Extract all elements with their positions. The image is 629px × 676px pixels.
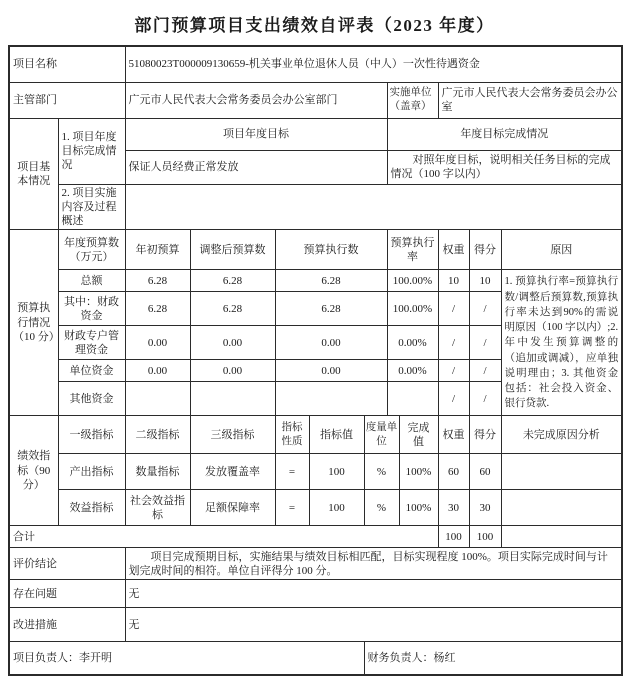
- signature-row: 项目负责人：李开明 财务负责人：杨红: [9, 642, 622, 675]
- budget-section-label: 预算执行情况（10 分）: [9, 230, 58, 416]
- budget-row-label: 财政专户管理资金: [58, 326, 125, 360]
- budget-header-executed: 预算执行数: [275, 230, 387, 270]
- perf-header-target: 指标值: [309, 416, 364, 454]
- perf-target: 100: [309, 490, 364, 526]
- budget-score: 10: [469, 270, 501, 292]
- perf-header-l2: 二级指标: [125, 416, 190, 454]
- perf-header-weight: 权重: [438, 416, 469, 454]
- performance-row-output: 产出指标 数量指标 发放覆盖率 = 100 % 100% 60 60: [9, 454, 622, 490]
- perf-actual: 100%: [399, 454, 438, 490]
- budget-header-initial: 年初预算: [125, 230, 190, 270]
- perf-nature: =: [275, 490, 309, 526]
- budget-header-rate: 预算执行率: [387, 230, 438, 270]
- self-evaluation-table: 项目名称 51080023T000009130659-机关事业单位退休人员（中人…: [8, 45, 623, 676]
- performance-header-row: 绩效指标（90 分） 一级指标 二级指标 三级指标 指标性质 指标值 度量单位 …: [9, 416, 622, 454]
- budget-row-label: 总额: [58, 270, 125, 292]
- budget-header-reason: 原因: [501, 230, 622, 270]
- conclusion-label: 评价结论: [9, 548, 125, 580]
- budget-header-row-label: 年度预算数（万元）: [58, 230, 125, 270]
- total-row: 合计 100 100: [9, 526, 622, 548]
- perf-l3: 足额保障率: [190, 490, 275, 526]
- perf-target: 100: [309, 454, 364, 490]
- budget-row-total: 总额 6.28 6.28 6.28 100.00% 10 10 1. 预算执行率…: [9, 270, 622, 292]
- perf-weight: 60: [438, 454, 469, 490]
- measures-row: 改进措施 无: [9, 608, 622, 642]
- budget-executed: 6.28: [275, 270, 387, 292]
- total-analysis: [501, 526, 622, 548]
- budget-rate: 0.00%: [387, 360, 438, 382]
- basic-impl-row: 2. 项目实施内容及过程概述: [9, 184, 622, 230]
- basic-section-label: 项目基本情况: [9, 118, 58, 230]
- completion-header: 年度目标完成情况: [387, 118, 622, 150]
- project-name-label: 项目名称: [9, 46, 125, 82]
- impl-unit-value: 广元市人民代表大会常务委员会办公室: [438, 82, 622, 118]
- project-name-row: 项目名称 51080023T000009130659-机关事业单位退休人员（中人…: [9, 46, 622, 82]
- budget-header-row: 预算执行情况（10 分） 年度预算数（万元） 年初预算 调整后预算数 预算执行数…: [9, 230, 622, 270]
- project-manager: 项目负责人：李开明: [9, 642, 364, 675]
- perf-score: 30: [469, 490, 501, 526]
- performance-row-benefit: 效益指标 社会效益指标 足额保障率 = 100 % 100% 30 30: [9, 490, 622, 526]
- budget-header-adjusted: 调整后预算数: [190, 230, 275, 270]
- perf-weight: 30: [438, 490, 469, 526]
- budget-adjusted: 6.28: [190, 292, 275, 326]
- budget-weight: /: [438, 360, 469, 382]
- budget-weight: /: [438, 292, 469, 326]
- finance-manager: 财务负责人：杨红: [364, 642, 622, 675]
- basic-impl-row-label: 2. 项目实施内容及过程概述: [58, 184, 125, 230]
- perf-header-l1: 一级指标: [58, 416, 125, 454]
- budget-score: /: [469, 292, 501, 326]
- conclusion-value: 项目完成预期目标，实施结果与绩效目标相匹配，目标实现程度 100%。项目实际完成…: [125, 548, 622, 580]
- budget-weight: /: [438, 326, 469, 360]
- budget-header-score: 得分: [469, 230, 501, 270]
- dept-row: 主管部门 广元市人民代表大会常务委员会办公室部门 实施单位（盖章） 广元市人民代…: [9, 82, 622, 118]
- perf-score: 60: [469, 454, 501, 490]
- basic-goal-row-label: 1. 项目年度目标完成情况: [58, 118, 125, 184]
- perf-header-unit: 度量单位: [364, 416, 399, 454]
- budget-header-weight: 权重: [438, 230, 469, 270]
- budget-rate: 0.00%: [387, 326, 438, 360]
- perf-nature: =: [275, 454, 309, 490]
- budget-executed: 6.28: [275, 292, 387, 326]
- budget-rate: 100.00%: [387, 270, 438, 292]
- measures-label: 改进措施: [9, 608, 125, 642]
- perf-header-score: 得分: [469, 416, 501, 454]
- budget-weight: 10: [438, 270, 469, 292]
- project-name-value: 51080023T000009130659-机关事业单位退休人员（中人）一次性待…: [125, 46, 622, 82]
- budget-rate: [387, 382, 438, 416]
- budget-rate: 100.00%: [387, 292, 438, 326]
- budget-row-label: 单位资金: [58, 360, 125, 382]
- budget-score: /: [469, 382, 501, 416]
- perf-header-nature: 指标性质: [275, 416, 309, 454]
- perf-header-l3: 三级指标: [190, 416, 275, 454]
- perf-unit: %: [364, 454, 399, 490]
- budget-executed: [275, 382, 387, 416]
- budget-row-label: 其他资金: [58, 382, 125, 416]
- basic-goal-header-row: 项目基本情况 1. 项目年度目标完成情况 项目年度目标 年度目标完成情况: [9, 118, 622, 150]
- budget-initial: 6.28: [125, 292, 190, 326]
- budget-executed: 0.00: [275, 326, 387, 360]
- perf-actual: 100%: [399, 490, 438, 526]
- measures-value: 无: [125, 608, 622, 642]
- total-label: 合计: [9, 526, 438, 548]
- performance-section-label: 绩效指标（90 分）: [9, 416, 58, 526]
- annual-goal-value: 保证人员经费正常发放: [125, 150, 387, 184]
- budget-initial: 6.28: [125, 270, 190, 292]
- budget-reason-text: 1. 预算执行率=预算执行数/调整后预算数,预算执行率未达到90%的需说明原因（…: [501, 270, 622, 416]
- perf-l1: 效益指标: [58, 490, 125, 526]
- page-title: 部门预算项目支出绩效自评表（2023 年度）: [0, 0, 629, 45]
- perf-header-actual: 完成值: [399, 416, 438, 454]
- total-weight: 100: [438, 526, 469, 548]
- budget-executed: 0.00: [275, 360, 387, 382]
- annual-goal-header: 项目年度目标: [125, 118, 387, 150]
- perf-unit: %: [364, 490, 399, 526]
- perf-analysis: [501, 454, 622, 490]
- budget-adjusted: 0.00: [190, 360, 275, 382]
- problems-row: 存在问题 无: [9, 580, 622, 608]
- budget-score: /: [469, 360, 501, 382]
- budget-initial: 0.00: [125, 326, 190, 360]
- conclusion-row: 评价结论 项目完成预期目标，实施结果与绩效目标相匹配，目标实现程度 100%。项…: [9, 548, 622, 580]
- perf-l2: 数量指标: [125, 454, 190, 490]
- budget-initial: 0.00: [125, 360, 190, 382]
- perf-analysis: [501, 490, 622, 526]
- perf-l1: 产出指标: [58, 454, 125, 490]
- completion-value: 对照年度目标，说明相关任务目标的完成情况（100 字以内）: [387, 150, 622, 184]
- budget-score: /: [469, 326, 501, 360]
- perf-l2: 社会效益指标: [125, 490, 190, 526]
- perf-l3: 发放覆盖率: [190, 454, 275, 490]
- problems-value: 无: [125, 580, 622, 608]
- budget-adjusted: 0.00: [190, 326, 275, 360]
- dept-value: 广元市人民代表大会常务委员会办公室部门: [125, 82, 387, 118]
- budget-adjusted: 6.28: [190, 270, 275, 292]
- problems-label: 存在问题: [9, 580, 125, 608]
- impl-unit-label: 实施单位（盖章）: [387, 82, 438, 118]
- budget-adjusted: [190, 382, 275, 416]
- dept-label: 主管部门: [9, 82, 125, 118]
- basic-impl-row-value: [125, 184, 622, 230]
- budget-initial: [125, 382, 190, 416]
- total-score: 100: [469, 526, 501, 548]
- budget-weight: /: [438, 382, 469, 416]
- budget-row-label: 其中：财政资金: [58, 292, 125, 326]
- perf-header-analysis: 未完成原因分析: [501, 416, 622, 454]
